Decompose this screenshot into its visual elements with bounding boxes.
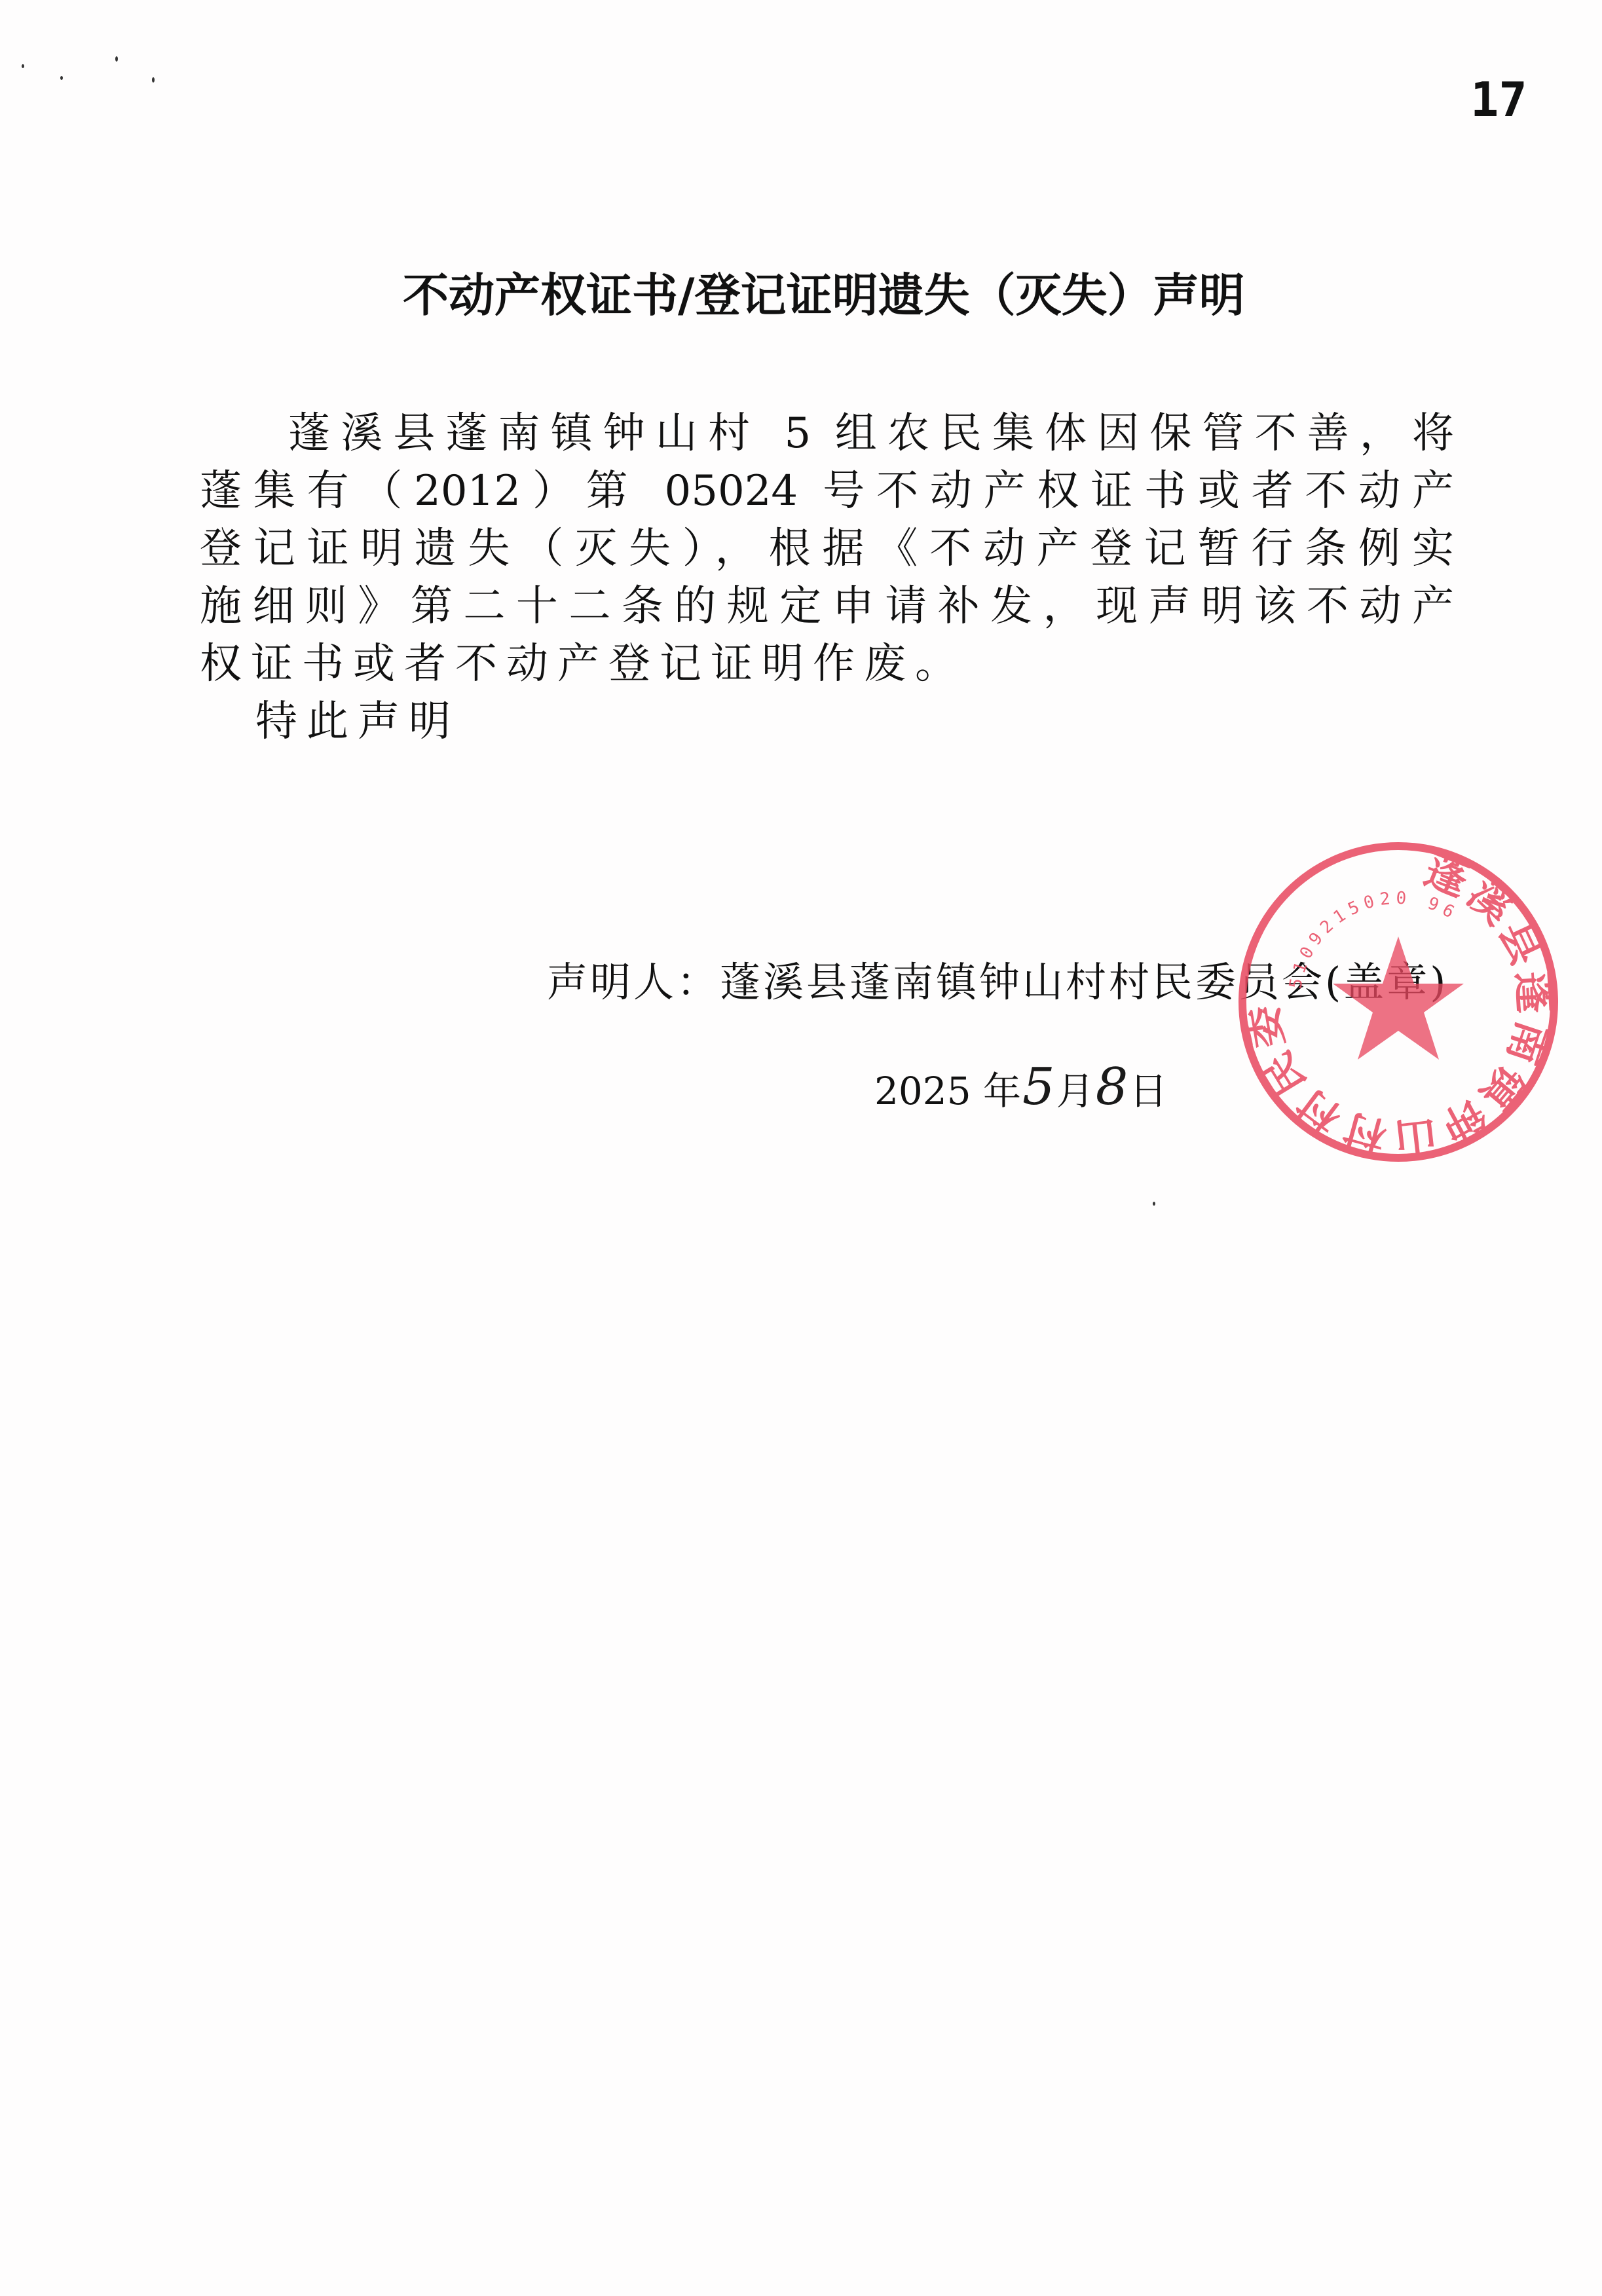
scan-speck <box>22 64 24 68</box>
body-line: 蓬溪县蓬南镇钟山村 5 组农民集体因保管不善，将 <box>288 399 1454 460</box>
closing-statement: 特此声明 <box>255 688 460 748</box>
date-line: 2025 年5月8日 <box>874 1058 1167 1117</box>
date-month-handwritten: 5 <box>1022 1058 1055 1117</box>
signature-label: 声明人： <box>547 958 720 1006</box>
scan-speck <box>1153 1202 1155 1206</box>
date-day-handwritten: 8 <box>1096 1058 1128 1117</box>
signature-name: 蓬溪县蓬南镇钟山村村民委员会 <box>720 958 1325 1006</box>
body-line: 蓬集有（2012）第 05024 号不动产权证书或者不动产 <box>200 457 1454 517</box>
scan-speck <box>60 76 63 80</box>
date-day-suffix: 日 <box>1129 1069 1167 1113</box>
page-number: 17 <box>1470 72 1527 127</box>
document-title: 不动产权证书/登记证明遗失（灭失）声明 <box>403 259 1307 325</box>
date-month-suffix: 月 <box>1056 1069 1094 1113</box>
scan-speck <box>152 77 155 83</box>
body-line: 登记证明遗失（灭失），根据《不动产登记暂行条例实 <box>200 515 1454 575</box>
document-page: 17 不动产权证书/登记证明遗失（灭失）声明 蓬溪县蓬南镇钟山村 5 组农民集体… <box>0 0 1602 2296</box>
date-year: 2025 <box>874 1069 971 1113</box>
body-line: 权证书或者不动产登记证明作废。 <box>200 630 966 690</box>
signature-line: 声明人：蓬溪县蓬南镇钟山村村民委员会(盖章) <box>547 950 1448 1008</box>
signature-note: (盖章) <box>1325 958 1448 1006</box>
date-year-suffix: 年 <box>971 1069 1021 1113</box>
body-line: 施细则》第二十二条的规定申请补发，现声明该不动产 <box>200 572 1454 633</box>
scan-speck <box>115 56 118 62</box>
